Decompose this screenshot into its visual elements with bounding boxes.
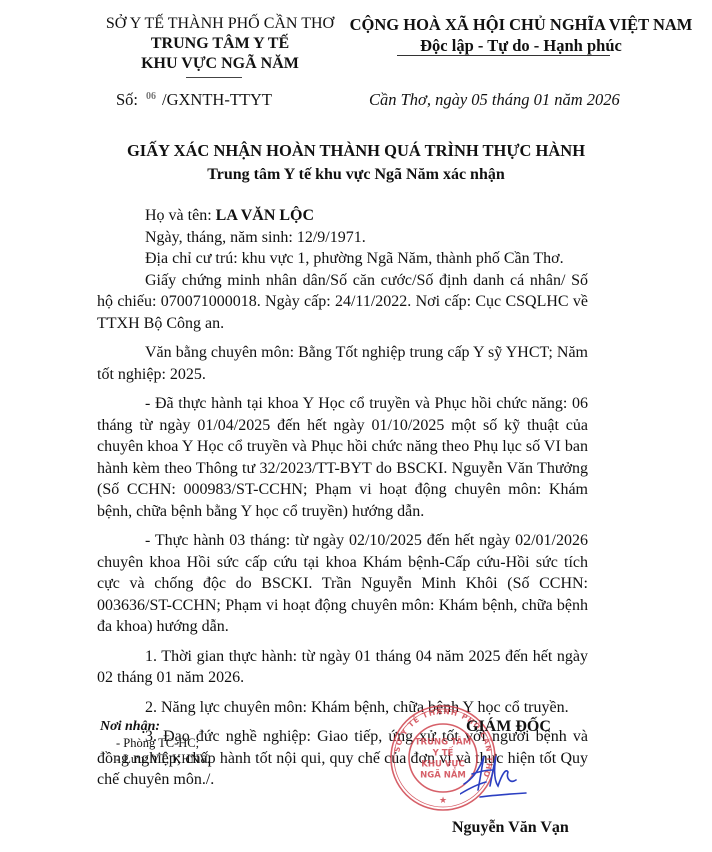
degree-info: Văn bằng chuyên môn: Bằng Tốt nghiệp tru… bbox=[97, 342, 588, 385]
practice-item: - Đã thực hành tại khoa Y Học cổ truyền … bbox=[97, 393, 588, 522]
place-date: Cần Thơ, ngày 05 tháng 01 năm 2026 bbox=[369, 90, 620, 110]
practice-item: - Thực hành 03 tháng: từ ngày 02/10/2025… bbox=[97, 530, 588, 638]
svg-text:TRUNG TÂM: TRUNG TÂM bbox=[415, 736, 471, 748]
number-suffix: /GXNTH-TTYT bbox=[162, 90, 272, 109]
svg-text:KHU VỰC: KHU VỰC bbox=[421, 760, 464, 770]
person-id-info: Giấy chứng minh nhân dân/Số căn cước/Số … bbox=[97, 270, 588, 335]
national-header: CỘNG HOÀ XÃ HỘI CHỦ NGHĨA VIỆT NAM Độc l… bbox=[336, 14, 706, 56]
issuing-organization: SỞ Y TẾ THÀNH PHỐ CẦN THƠ TRUNG TÂM Y TẾ… bbox=[70, 14, 370, 74]
person-name: LA VĂN LỘC bbox=[216, 207, 314, 224]
person-name-line: Họ và tên: LA VĂN LỘC bbox=[97, 205, 588, 227]
nation-name: CỘNG HOÀ XÃ HỘI CHỦ NGHĨA VIỆT NAM bbox=[336, 14, 706, 35]
number-label: Số: bbox=[116, 90, 138, 109]
ministry-name: SỞ Y TẾ THÀNH PHỐ CẦN THƠ bbox=[70, 14, 370, 34]
motto-underline bbox=[397, 55, 610, 56]
document-number: Số:06/GXNTH-TTYT bbox=[116, 90, 272, 110]
number-value: 06 bbox=[146, 91, 156, 102]
document-body: Họ và tên: LA VĂN LỘC Ngày, tháng, năm s… bbox=[97, 205, 588, 791]
signer-name: Nguyễn Văn Vạn bbox=[452, 819, 569, 837]
national-motto: Độc lập - Tự do - Hạnh phúc bbox=[336, 35, 706, 56]
document-subtitle: Trung tâm Y tế khu vực Ngã Năm xác nhận bbox=[0, 166, 712, 184]
recipient-item: - Lưu: VT, KHNV. bbox=[100, 751, 210, 767]
recipients-block: Nơi nhận: - Phòng TC-HC; - Lưu: VT, KHNV… bbox=[100, 719, 210, 767]
org-name-line1: TRUNG TÂM Y TẾ bbox=[70, 34, 370, 54]
handwritten-signature-icon bbox=[460, 750, 530, 800]
org-name-line2: KHU VỰC NGÃ NĂM bbox=[70, 54, 370, 74]
person-address: Địa chỉ cư trú: khu vực 1, phường Ngã Nă… bbox=[97, 248, 588, 270]
org-divider bbox=[186, 77, 242, 78]
signer-title: GIÁM ĐỐC bbox=[466, 718, 551, 736]
assessment-item: 2. Năng lực chuyên môn: Khám bệnh, chữa … bbox=[97, 697, 588, 719]
recipients-heading: Nơi nhận: bbox=[100, 719, 210, 735]
svg-text:★: ★ bbox=[439, 795, 447, 805]
name-label: Họ và tên: bbox=[145, 207, 216, 224]
recipient-item: - Phòng TC-HC; bbox=[100, 735, 210, 751]
document-title: GIẤY XÁC NHẬN HOÀN THÀNH QUÁ TRÌNH THỰC … bbox=[0, 141, 712, 161]
person-dob: Ngày, tháng, năm sinh: 12/9/1971. bbox=[97, 227, 588, 249]
assessment-item: 1. Thời gian thực hành: từ ngày 01 tháng… bbox=[97, 646, 588, 689]
